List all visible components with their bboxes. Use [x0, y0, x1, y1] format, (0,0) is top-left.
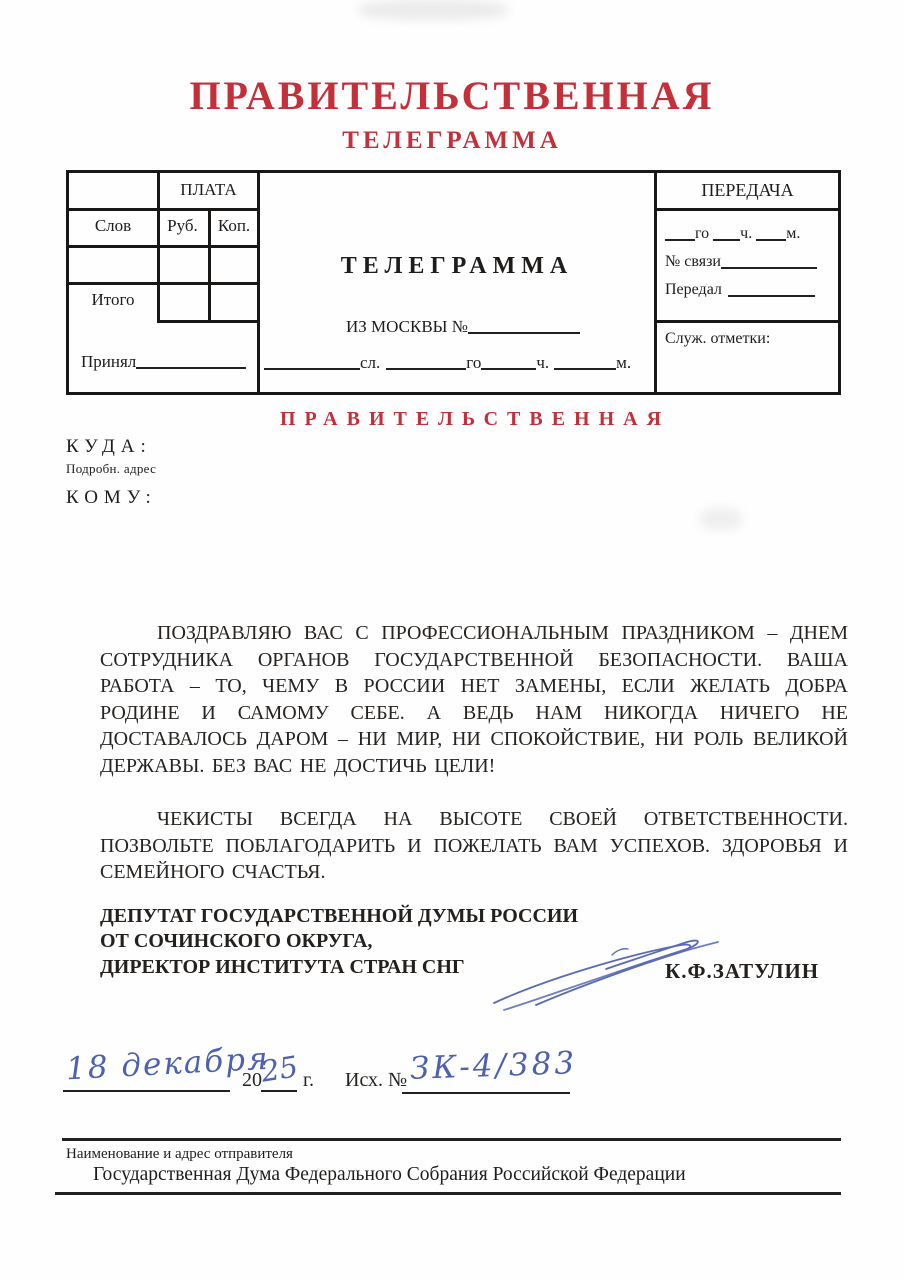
- payment-total-label: Итого: [69, 291, 157, 310]
- payment-hline-3: [69, 282, 260, 285]
- transfer-go-label: го: [695, 226, 709, 243]
- sent-by-label: Передал: [665, 282, 722, 299]
- service-marks-label: Служ. отметки:: [665, 330, 770, 348]
- where-label: КУДА:: [66, 436, 152, 458]
- center-time-row: сл.гоч.м.: [264, 354, 631, 372]
- footer-rule-bottom: [55, 1192, 841, 1195]
- transfer-header: ПЕРЕДАЧА: [657, 181, 838, 201]
- telegram-document: ПРАВИТЕЛЬСТВЕННАЯ ТЕЛЕГРАММА ПЛАТА Слов …: [0, 0, 904, 1280]
- blank-line: [713, 237, 740, 241]
- signature-autograph: [486, 916, 730, 1020]
- handwritten-year: 25: [259, 1049, 301, 1088]
- accepted-blank-line: [136, 365, 246, 369]
- document-title: ПРАВИТЕЛЬСТВЕННАЯ: [0, 72, 904, 119]
- blank-line: [386, 366, 466, 370]
- sl-label: сл.: [360, 354, 380, 372]
- payment-words-label: Слов: [69, 217, 157, 236]
- blank-line: [554, 366, 616, 370]
- ref-number-label: Исх. №: [345, 1069, 407, 1092]
- blank-line: [264, 366, 360, 370]
- blank-line: [756, 237, 786, 241]
- handwritten-ref-number: ЗК-4/383: [409, 1045, 577, 1087]
- origin-row: ИЗ МОСКВЫ №: [346, 318, 580, 336]
- payment-header: ПЛАТА: [157, 181, 260, 200]
- m-label: м.: [616, 354, 631, 372]
- transfer-ch-label: ч.: [740, 226, 752, 243]
- comm-no-blank-line: [721, 265, 817, 269]
- divider-right: [654, 173, 657, 392]
- go-label: го: [466, 354, 481, 372]
- comm-no-label: № связи: [665, 254, 721, 271]
- sender-name: Государственная Дума Федерального Собран…: [93, 1164, 686, 1186]
- sent-by-row: Передал: [665, 282, 815, 299]
- form-center-title: ТЕЛЕГРАММА: [260, 253, 654, 279]
- telegram-form-table: ПЛАТА Слов Руб. Коп. Итого Принял ТЕЛЕГР…: [66, 170, 841, 395]
- blank-line: [665, 237, 695, 241]
- payment-rub-label: Руб.: [157, 217, 208, 236]
- message-paragraph-2: ЧЕКИСТЫ ВСЕГДА НА ВЫСОТЕ СВОЕЙ ОТВЕТСТВЕ…: [100, 806, 848, 886]
- payment-hline-2: [69, 245, 260, 248]
- whom-label: КОМУ:: [66, 487, 157, 509]
- document-subtitle: ТЕЛЕГРАММА: [0, 127, 904, 155]
- classification-label: ПРАВИТЕЛЬСТВЕННАЯ: [0, 408, 904, 431]
- payment-hline-1: [69, 208, 260, 211]
- origin-label: ИЗ МОСКВЫ №: [346, 318, 468, 336]
- origin-blank-line: [468, 330, 580, 334]
- comm-no-row: № связи: [665, 254, 817, 271]
- date-blank-line: [63, 1090, 230, 1092]
- footer-rule-top: [62, 1138, 841, 1141]
- transfer-time-row: гоч.м.: [665, 226, 800, 243]
- where-hint: Подробн. адрес: [66, 461, 156, 477]
- handwritten-date: 18 декабря: [65, 1041, 270, 1088]
- scan-artifact-mid: [700, 508, 742, 530]
- year-suffix: г.: [303, 1069, 314, 1092]
- ch-label: ч.: [536, 354, 549, 372]
- message-paragraph-1: ПОЗДРАВЛЯЮ ВАС С ПРОФЕССИОНАЛЬНЫМ ПРАЗДН…: [100, 620, 848, 780]
- payment-hline-4: [157, 320, 260, 323]
- payment-kop-label: Коп.: [208, 217, 260, 236]
- scan-artifact-top: [358, 0, 508, 20]
- ref-blank-line: [402, 1092, 570, 1094]
- transfer-hline-2: [657, 320, 838, 323]
- sent-by-blank-line: [728, 293, 815, 297]
- payment-accepted-row: Принял: [81, 353, 246, 371]
- transfer-hline-1: [657, 208, 838, 211]
- sender-caption: Наименование и адрес отправителя: [66, 1146, 293, 1163]
- payment-accepted-label: Принял: [81, 353, 136, 371]
- year-prefix: 20: [242, 1069, 262, 1092]
- transfer-m-label: м.: [786, 226, 800, 243]
- year-blank-line: [261, 1090, 297, 1092]
- blank-line: [481, 366, 536, 370]
